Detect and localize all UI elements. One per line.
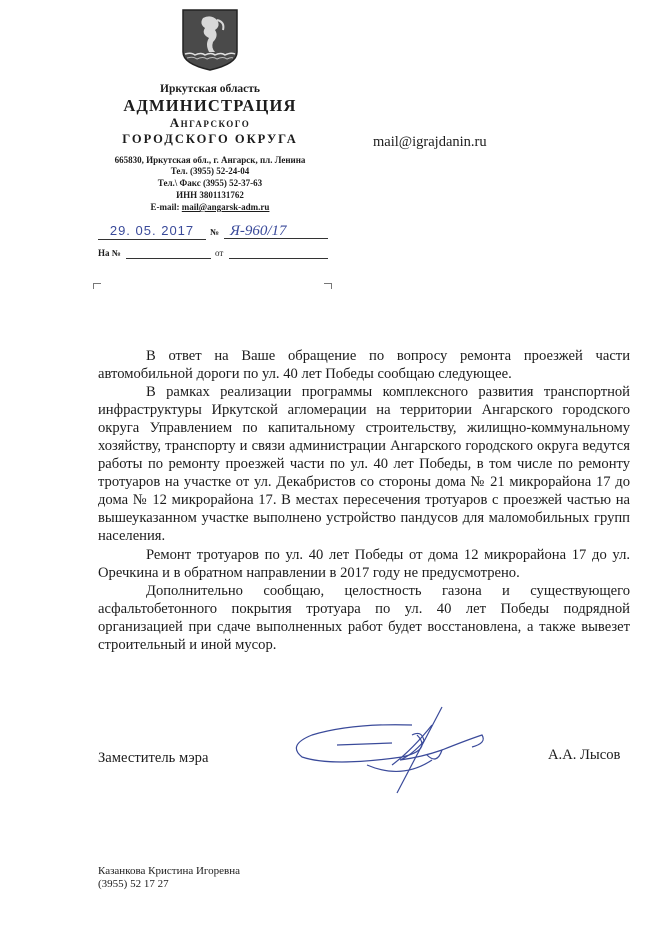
letter-body: В ответ на Ваше обращение по вопросу рем… <box>98 347 630 654</box>
registration-number: Я-960/17 <box>224 223 328 239</box>
reply-reference-row: На № от <box>98 246 328 262</box>
handwritten-signature-icon <box>292 705 522 795</box>
reply-from-date-blank <box>229 246 328 259</box>
body-paragraph: Ремонт тротуаров по ул. 40 лет Победы от… <box>98 546 630 582</box>
letterhead-org-line2: Ангарского <box>95 115 325 131</box>
registration-date: 29. 05. 2017 <box>98 223 206 240</box>
signatory-title: Заместитель мэра <box>98 750 208 767</box>
letterhead-inn: ИНН 3801131762 <box>95 190 325 201</box>
registration-row: 29. 05. 2017 № Я-960/17 <box>98 223 328 241</box>
email-link[interactable]: mail@angarsk-adm.ru <box>182 202 270 212</box>
reply-to-label: На № <box>98 248 121 258</box>
corner-mark-right <box>324 283 332 289</box>
recipient-email: mail@igrajdanin.ru <box>373 134 487 151</box>
reply-from-label: от <box>215 248 223 258</box>
body-paragraph: В ответ на Ваше обращение по вопросу рем… <box>98 347 630 383</box>
letterhead-address: 665830, Иркутская обл., г. Ангарск, пл. … <box>95 155 325 166</box>
body-paragraph: Дополнительно сообщаю, целостность газон… <box>98 582 630 654</box>
number-label: № <box>210 227 219 237</box>
corner-mark-left <box>93 283 101 289</box>
executor-phone: (3955) 52 17 27 <box>98 878 240 891</box>
letterhead-org-title: АДМИНИСТРАЦИЯ <box>95 96 325 116</box>
letterhead-fax: Тел.\ Факс (3955) 52-37-63 <box>95 178 325 189</box>
coat-of-arms-icon <box>181 8 239 71</box>
body-paragraph: В рамках реализации программы комплексно… <box>98 383 630 545</box>
letterhead-phone: Тел. (3955) 52-24-04 <box>95 166 325 177</box>
letterhead-org-line3: ГОРОДСКОГО ОКРУГА <box>95 132 325 147</box>
reply-to-number-blank <box>126 246 211 259</box>
executor-name: Казанкова Кристина Игоревна <box>98 865 240 878</box>
executor-block: Казанкова Кристина Игоревна (3955) 52 17… <box>98 865 240 891</box>
letterhead-email-line: E-mail: mail@angarsk-adm.ru <box>95 202 325 213</box>
letterhead-region: Иркутская область <box>95 83 325 95</box>
signatory-name: А.А. Лысов <box>548 747 620 764</box>
email-label: E-mail: <box>151 202 182 212</box>
